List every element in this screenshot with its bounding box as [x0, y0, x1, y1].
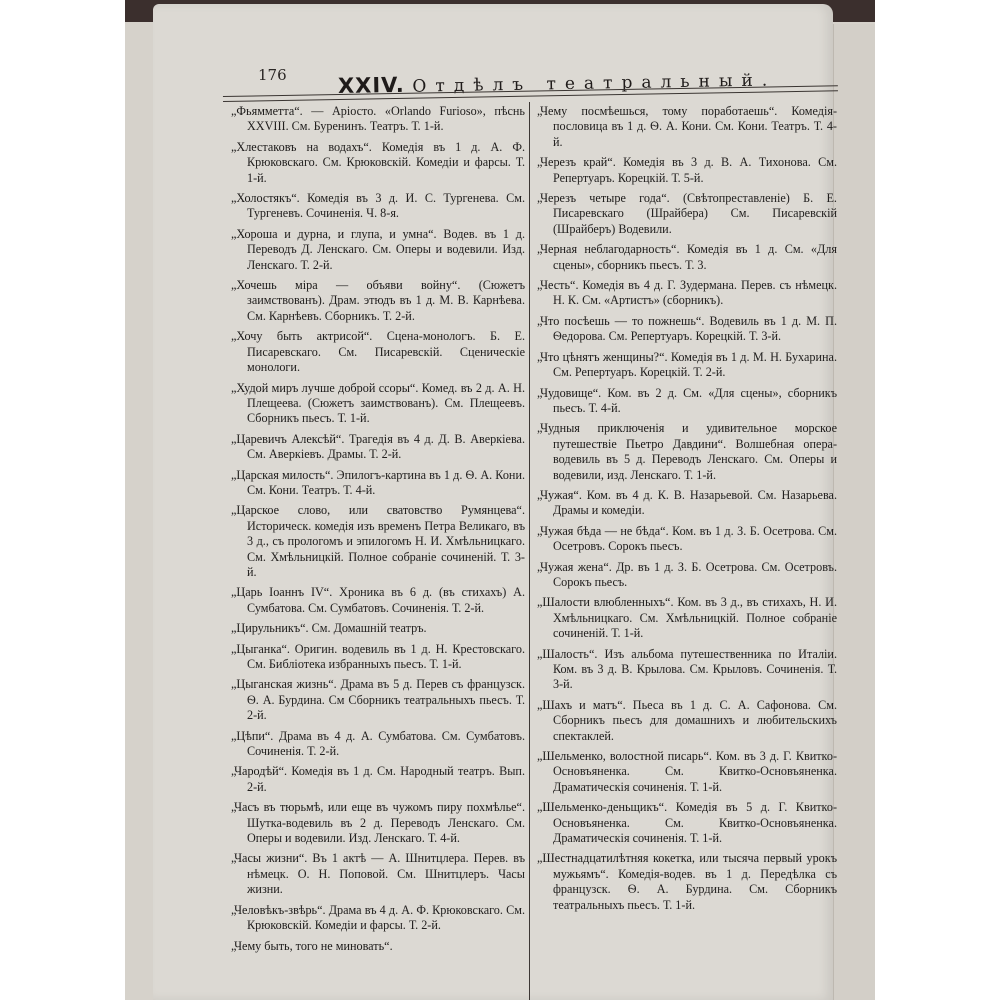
index-entry: „Хочу быть актрисой“. Сцена-монологъ. Б.…	[231, 329, 525, 375]
index-entry: „Цирульникъ“. См. Домашній театръ.	[231, 621, 525, 636]
entry-title: „Хочу быть актрисой“.	[231, 329, 372, 343]
entry-body: Ком. въ 4 д. К. В. Назарьевой. См. Назар…	[553, 488, 837, 517]
index-entry: „Чему быть, того не миновать“.	[231, 939, 525, 954]
index-entry: „Чужая“. Ком. въ 4 д. К. В. Назарьевой. …	[537, 488, 837, 519]
entry-title: „Худой миръ лучше доброй ссоры“.	[231, 381, 418, 395]
index-entry: „Шельменко-деньщикъ“. Комедія въ 5 д. Г.…	[537, 800, 837, 846]
index-entry: „Чему посмѣешься, тому поработаешь“. Ком…	[537, 104, 837, 150]
entry-title: „Чужая“.	[537, 488, 582, 502]
entry-title: „Человѣкъ-звѣрь“.	[231, 903, 326, 917]
entry-title: „Чародѣй“.	[231, 764, 287, 778]
entry-title: „Шельменко, волостной писарь“.	[537, 749, 712, 763]
entry-title: „Царь Іоаннъ IV“.	[231, 585, 332, 599]
index-entry: „Царская милость“. Эпилогъ-картина въ 1 …	[231, 468, 525, 499]
index-entry: „Чужая бѣда — не бѣда“. Ком. въ 1 д. З. …	[537, 524, 837, 555]
entry-title: „Чудовище“.	[537, 386, 601, 400]
entry-body: Историческ. комедія изъ временъ Петра Ве…	[247, 519, 525, 579]
index-entry: „Чужая жена“. Др. въ 1 д. З. Б. Осетрова…	[537, 560, 837, 591]
entry-title: „Цыганская жизнь“.	[231, 677, 337, 691]
index-entry: „Человѣкъ-звѣрь“. Драма въ 4 д. А. Ф. Кр…	[231, 903, 525, 934]
index-entry: „Что цѣнятъ женщины?“. Комедія въ 1 д. М…	[537, 350, 837, 381]
entry-title: „Честь“.	[537, 278, 579, 292]
index-entry: „Хочешь міра — объяви войну“. (Сюжетъ за…	[231, 278, 525, 324]
entry-title: „Чему быть, того не миновать“.	[231, 939, 393, 953]
index-entry: „Холостякъ“. Комедія въ 3 д. И. С. Турге…	[231, 191, 525, 222]
index-entry: „Фьямметта“. — Аріосто. «Orlando Furioso…	[231, 104, 525, 135]
entry-title: „Цѣпи“.	[231, 729, 273, 743]
facing-page-edge	[833, 24, 875, 1000]
entry-title: „Хочешь міра — объяви войну“.	[231, 278, 460, 292]
entry-title: „Фьямметта“.	[231, 104, 303, 118]
index-entry: „Цыганка“. Оригин. водевиль въ 1 д. Н. К…	[231, 642, 525, 673]
left-column: „Фьямметта“. — Аріосто. «Orlando Furioso…	[231, 104, 525, 959]
entry-title: „Цирульникъ“.	[231, 621, 309, 635]
entry-title: „Что посѣешь — то пожнешь“.	[537, 314, 704, 328]
index-entry: „Что посѣешь — то пожнешь“. Водевиль въ …	[537, 314, 837, 345]
entry-title: „Шалость“.	[537, 647, 597, 661]
page-number: 176	[258, 66, 287, 84]
index-entry: „Цыганская жизнь“. Драма въ 5 д. Перев с…	[231, 677, 525, 723]
index-entry: „Шалости влюбленныхъ“. Ком. въ 3 д., въ …	[537, 595, 837, 641]
entry-title: „Шахъ и матъ“.	[537, 698, 626, 712]
entry-title: „Черезъ край“.	[537, 155, 616, 169]
entry-title: „Хороша и дурна, и глупа, и умна“.	[231, 227, 437, 241]
entry-title: „Цыганка“.	[231, 642, 290, 656]
index-entry: „Черная неблагодарность“. Комедія въ 1 д…	[537, 242, 837, 273]
entry-title: „Часъ въ тюрьмѣ, или еще въ чужомъ пиру …	[231, 800, 525, 814]
entry-body: Драма въ 4 д. А. Сумбатова. См. Сумбатов…	[247, 729, 525, 758]
entry-title: „Часы жизни“.	[231, 851, 307, 865]
entry-title: „Холостякъ“.	[231, 191, 300, 205]
entry-body: Шутка-водевиль въ 2 д. Переводъ Ленскаго…	[247, 816, 525, 845]
index-entry: „Цѣпи“. Драма въ 4 д. А. Сумбатова. См. …	[231, 729, 525, 760]
index-entry: „Худой миръ лучше доброй ссоры“. Комед. …	[231, 381, 525, 427]
entry-title: „Чему посмѣешься, тому поработаешь“.	[537, 104, 777, 118]
entry-title: „Черная неблагодарность“.	[537, 242, 680, 256]
entry-body: Комедія въ 1 д. См. Народный театръ. Вып…	[247, 764, 525, 793]
index-entry: „Часъ въ тюрьмѣ, или еще въ чужомъ пиру …	[231, 800, 525, 846]
index-entry: „Черезъ четыре года“. (Свѣтопреставленіе…	[537, 191, 837, 237]
index-entry: „Шестнадцатилѣтняя кокетка, или тысяча п…	[537, 851, 837, 913]
entry-title: „Что цѣнятъ женщины?“.	[537, 350, 668, 364]
running-head: 176 XXIV. Отдѣлъ театральный.	[258, 66, 818, 106]
entry-title: „Шельменко-деньщикъ“.	[537, 800, 667, 814]
entry-title: „Черезъ четыре года“.	[537, 191, 670, 205]
index-entry: „Хороша и дурна, и глупа, и умна“. Водев…	[231, 227, 525, 273]
index-entry: „Царь Іоаннъ IV“. Хроника въ 6 д. (въ ст…	[231, 585, 525, 616]
index-entry: „Чудовище“. Ком. въ 2 д. См. «Для сцены»…	[537, 386, 837, 417]
index-entry: „Хлестаковъ на водахъ“. Комедія въ 1 д. …	[231, 140, 525, 186]
entry-body: Комедія въ 4 д. Г. Зудермана. Перев. съ …	[553, 278, 837, 307]
entry-title: „Чужая жена“.	[537, 560, 612, 574]
entry-title: „Хлестаковъ на водахъ“.	[231, 140, 372, 154]
index-entry: „Царевичъ Алексѣй“. Трагедія въ 4 д. Д. …	[231, 432, 525, 463]
entry-title: „Шалости влюбленныхъ“.	[537, 595, 674, 609]
entry-title: „Чужая бѣда — не бѣда“.	[537, 524, 669, 538]
index-entry: „Черезъ край“. Комедія въ 3 д. В. А. Тих…	[537, 155, 837, 186]
entry-title: „Царевичъ Алексѣй“.	[231, 432, 344, 446]
column-divider	[529, 102, 530, 1000]
right-column: „Чему посмѣешься, тому поработаешь“. Ком…	[537, 104, 837, 918]
index-entry: „Часы жизни“. Въ 1 актѣ — А. Шнитцлера. …	[231, 851, 525, 897]
index-entry: „Шельменко, волостной писарь“. Ком. въ 3…	[537, 749, 837, 795]
index-entry: „Шахъ и матъ“. Пьеса въ 1 д. С. А. Сафон…	[537, 698, 837, 744]
index-entry: „Шалость“. Изъ альбома путешественника п…	[537, 647, 837, 693]
index-entry: „Честь“. Комедія въ 4 д. Г. Зудермана. П…	[537, 278, 837, 309]
index-entry: „Чародѣй“. Комедія въ 1 д. См. Народный …	[231, 764, 525, 795]
entry-title: „Царское слово, или сватовство Румянцева…	[231, 503, 525, 517]
entry-body: См. Домашній театръ.	[312, 621, 427, 635]
index-entry: „Чудныя приключенія и удивительное морск…	[537, 421, 837, 483]
index-entry: „Царское слово, или сватовство Румянцева…	[231, 503, 525, 580]
entry-title: „Царская милость“.	[231, 468, 333, 482]
